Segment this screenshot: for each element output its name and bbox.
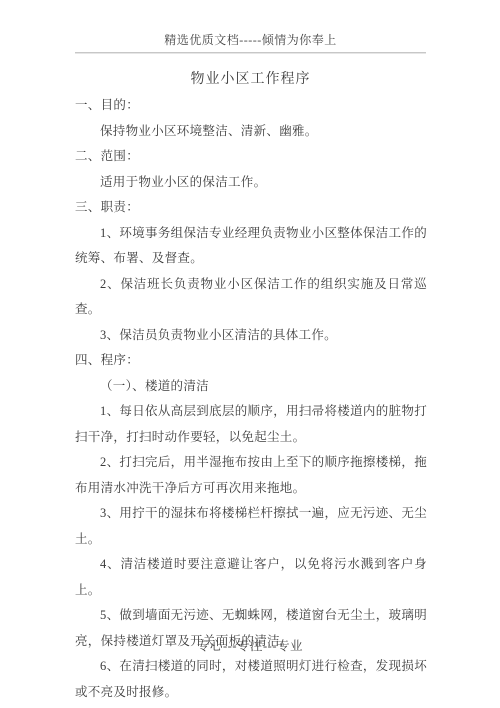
paragraph: 6、在清扫楼道的同时，对楼道照明灯进行检查，发现损坏或不亮及时报修。 xyxy=(75,654,427,705)
document-title: 物业小区工作程序 xyxy=(75,68,426,88)
section-heading: 四、程序： xyxy=(75,348,427,374)
paragraph: 2、打扫完后，用半湿拖布按由上至下的顺序拖擦楼梯，拖布用清水冲洗干净后方可再次用… xyxy=(75,450,427,501)
document-page: 精选优质文档-----倾情为你奉上 物业小区工作程序 一、目的：保持物业小区环境… xyxy=(0,0,500,708)
document-body: 一、目的：保持物业小区环境整洁、清新、幽雅。二、范围：适用于物业小区的保洁工作。… xyxy=(75,93,427,705)
page-footer: 专心---专注---专业 xyxy=(0,636,500,654)
header-divider xyxy=(75,52,426,54)
paragraph: 2、保洁班长负责物业小区保洁工作的组织实施及日常巡查。 xyxy=(75,272,427,323)
footer-text: 专心---专注---专业 xyxy=(197,639,303,653)
page-header: 精选优质文档-----倾情为你奉上 xyxy=(75,31,426,48)
paragraph: 4、清洁楼道时要注意避让客户，以免将污水溅到客户身上。 xyxy=(75,552,427,603)
paragraph: 3、用拧干的湿抹布将楼梯栏杆擦拭一遍，应无污迹、无尘土。 xyxy=(75,501,427,552)
section-heading: 二、范围： xyxy=(75,144,427,170)
header-text: 精选优质文档-----倾情为你奉上 xyxy=(164,33,336,47)
section-heading: 一、目的： xyxy=(75,93,427,119)
paragraph: 1、每日依从高层到底层的顺序，用扫帚将楼道内的脏物打扫干净，打扫时动作要轻，以免… xyxy=(75,399,427,450)
section-heading: 三、职责： xyxy=(75,195,427,221)
paragraph: 适用于物业小区的保洁工作。 xyxy=(75,170,427,196)
paragraph: 1、环境事务组保洁专业经理负责物业小区整体保洁工作的统筹、布署、及督查。 xyxy=(75,221,427,272)
paragraph: （一）、楼道的清洁 xyxy=(75,374,427,400)
paragraph: 3、保洁员负责物业小区清洁的具体工作。 xyxy=(75,323,427,349)
paragraph: 保持物业小区环境整洁、清新、幽雅。 xyxy=(75,119,427,145)
